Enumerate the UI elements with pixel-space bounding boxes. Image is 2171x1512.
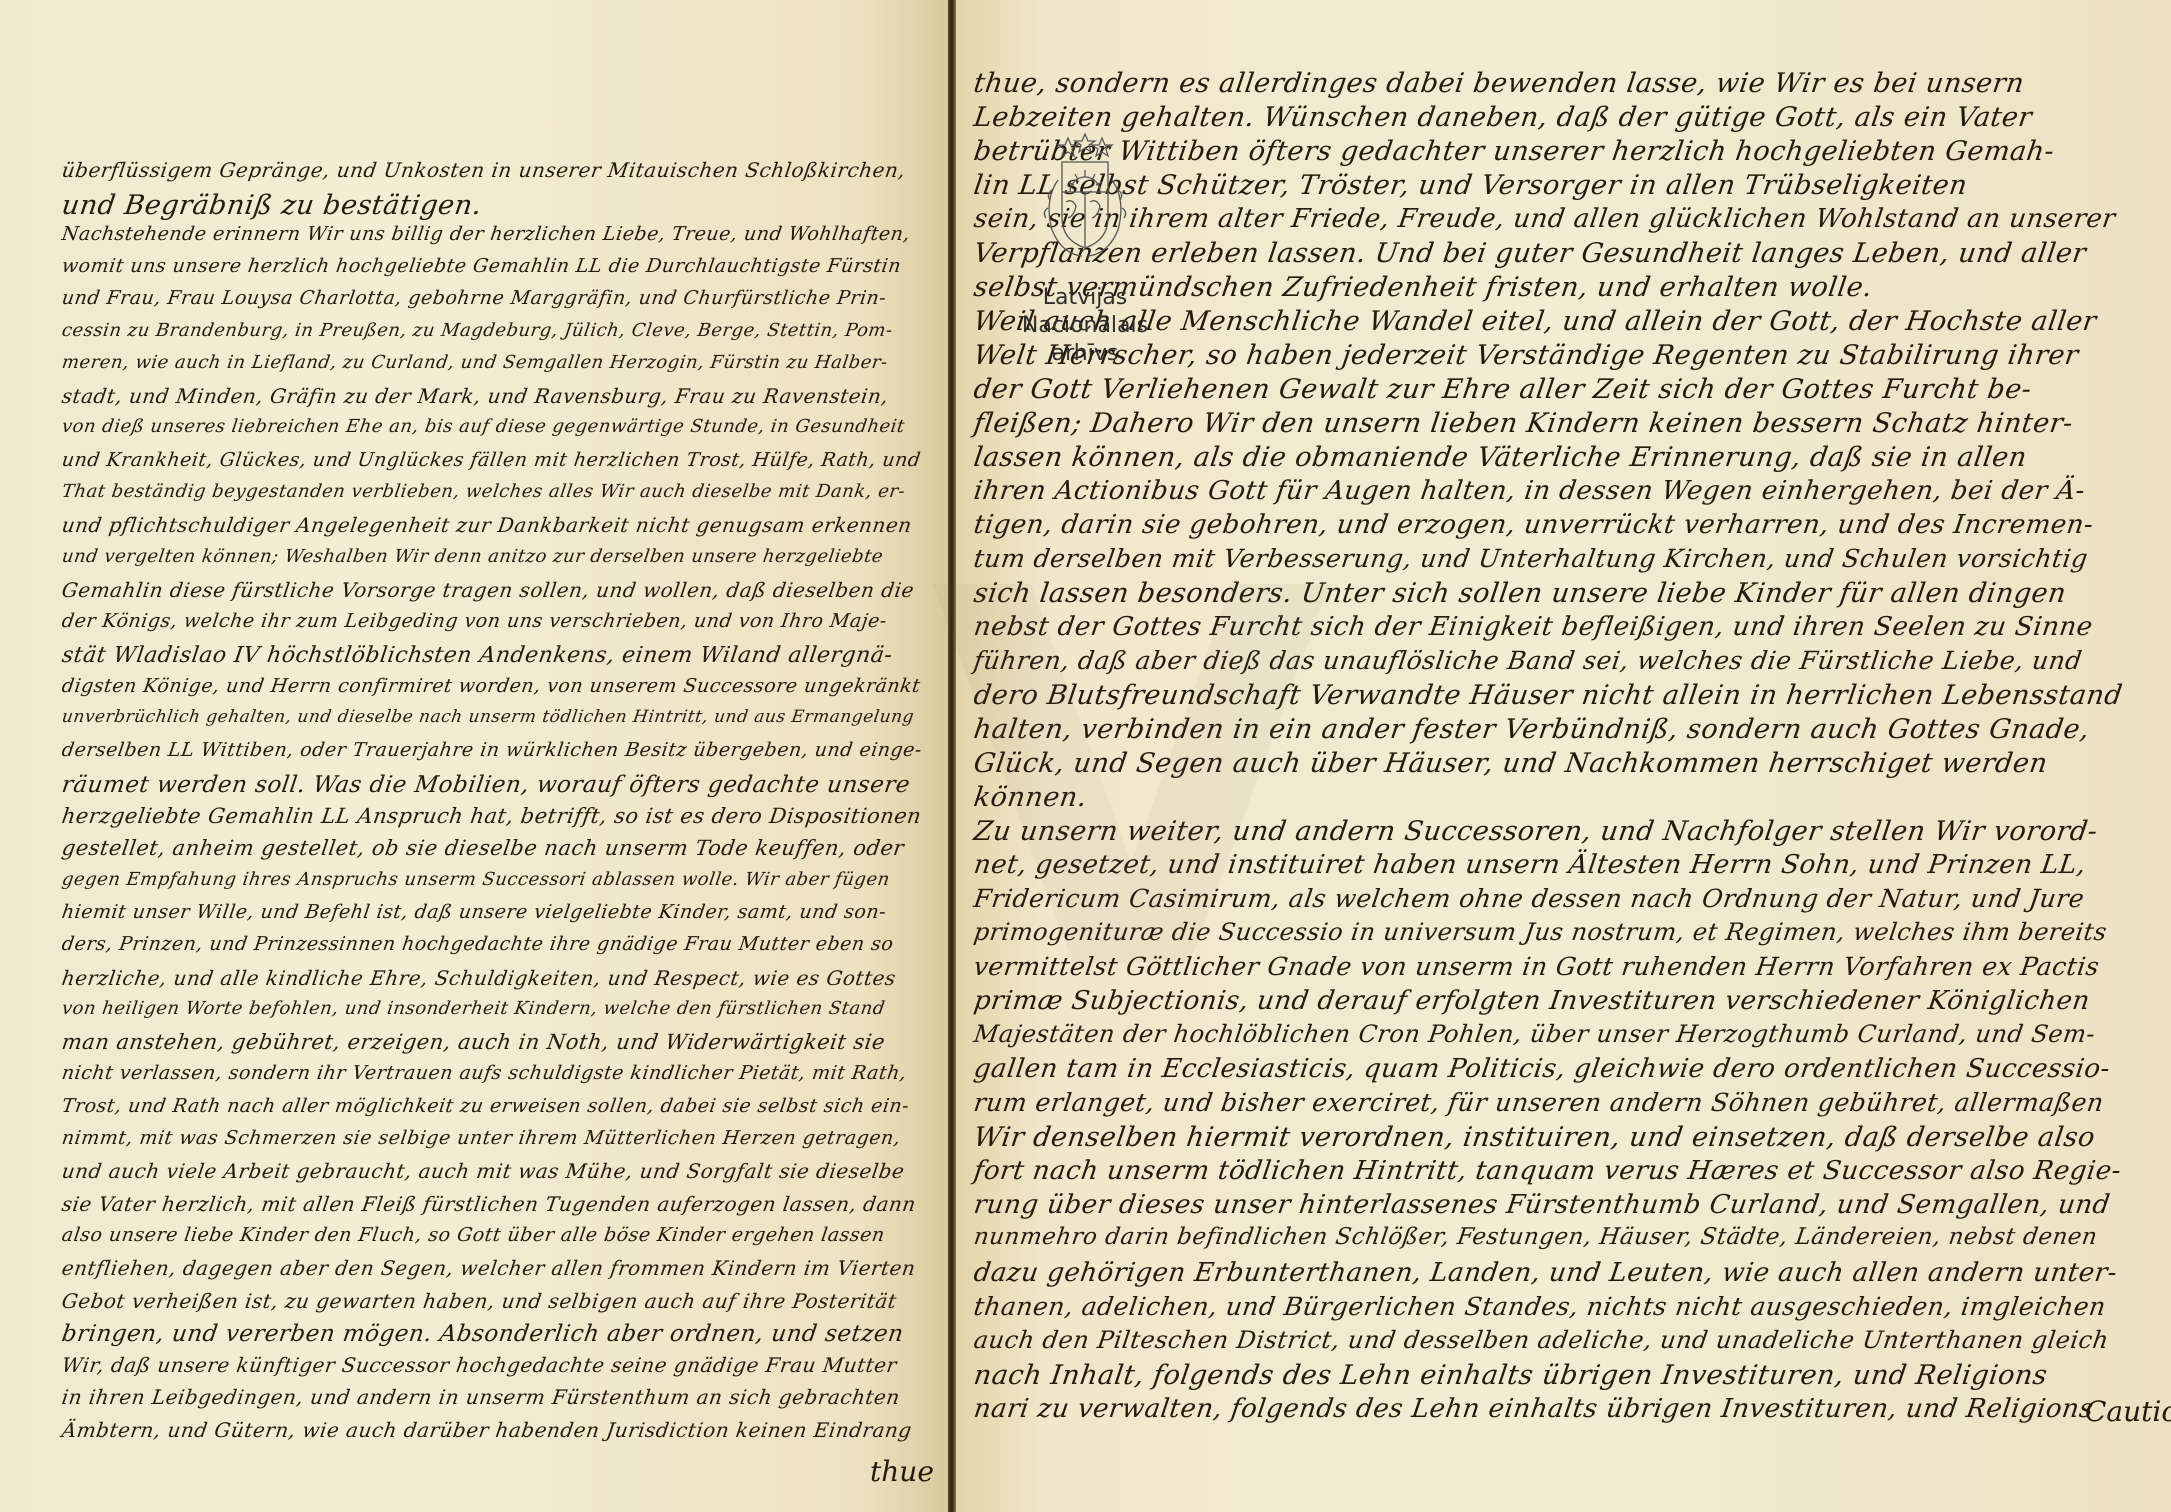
archive-name: Latvijas Nacionālais arhīvs (985, 284, 1185, 368)
manuscript-line: in ihren Leibgedingen, und andern in uns… (60, 1385, 923, 1409)
manuscript-line: von dieß unseres liebreichen Ehe an, bis… (61, 416, 924, 437)
manuscript-line: cessin zu Brandenburg, in Preußen, zu Ma… (61, 320, 924, 341)
manuscript-line: rung über dieses unser hinterlassenes Fü… (972, 1190, 2126, 1220)
manuscript-line: also unsere liebe Kinder den Fluch, so G… (60, 1224, 923, 1246)
manuscript-line: unverbrüchlich gehalten, und dieselbe na… (61, 707, 924, 727)
manuscript-line: gestellet, anheim gestellet, ob sie dies… (60, 836, 923, 860)
left-page: überflüssigem Gepränge, und Unkosten in … (0, 0, 952, 1512)
manuscript-line: nicht verlassen, sondern ihr Vertrauen a… (60, 1062, 923, 1084)
background-watermark: V (930, 480, 1332, 1086)
manuscript-line: und pflichtschuldiger Angelegenheit zur … (60, 513, 923, 537)
right-page-catchword: Caution (2085, 1395, 2171, 1428)
manuscript-line: und Begräbniß zu bestätigen. (60, 190, 924, 221)
manuscript-line: stät Wladislao IV höchstlöblichsten Ande… (60, 643, 924, 668)
manuscript-line: nimmt, mit was Schmerzen sie selbige unt… (60, 1127, 923, 1149)
manuscript-line: Nachstehende erinnern Wir uns billig der… (60, 223, 923, 245)
manuscript-line: Trost, und Rath nach aller möglichkeit z… (60, 1095, 923, 1117)
manuscript-line: Gemahlin diese fürstliche Vorsorge trage… (60, 578, 923, 602)
manuscript-line: Lebzeiten gehalten. Wünschen daneben, da… (972, 102, 2126, 133)
manuscript-line: Ämbtern, und Gütern, wie auch darüber ha… (60, 1418, 923, 1442)
manuscript-line: meren, wie auch in Liefland, zu Curland,… (61, 352, 924, 373)
manuscript-line: nunmehro darin befindlichen Schlößer, Fe… (972, 1224, 2126, 1250)
manuscript-line: stadt, und Minden, Gräfin zu der Mark, u… (60, 384, 923, 408)
manuscript-line: dazu gehörigen Erbunterthanen, Landen, u… (972, 1258, 2126, 1288)
manuscript-line: der Gott Verliehenen Gewalt zur Ehre all… (972, 374, 2126, 405)
manuscript-line: überflüssigem Gepränge, und Unkosten in … (60, 158, 923, 182)
manuscript-line: entfliehen, dagegen aber den Segen, welc… (60, 1256, 923, 1280)
manuscript-line: nach Inhalt, folgends des Lehn einhalts … (972, 1360, 2126, 1391)
manuscript-line: sie Vater herzlich, mit allen Fleiß fürs… (60, 1192, 923, 1216)
archive-name-line1: Latvijas Nacionālais (1022, 285, 1148, 338)
manuscript-line: auch den Pilteschen District, und dessel… (972, 1326, 2126, 1354)
manuscript-line: fort nach unserm tödlichen Hintritt, tan… (972, 1156, 2126, 1186)
manuscript-line: und auch viele Arbeit gebraucht, auch mi… (60, 1159, 923, 1183)
manuscript-line: digsten Könige, und Herrn confirmiret wo… (60, 675, 923, 697)
left-page-catchword: thue (870, 1455, 934, 1488)
latvian-coat-of-arms-icon (1030, 130, 1140, 270)
manuscript-line: fleißen; Dahero Wir den unsern lieben Ki… (972, 408, 2126, 439)
manuscript-line: hiemit unser Wille, und Befehl ist, daß … (60, 901, 923, 923)
archive-name-line2: arhīvs (1052, 341, 1119, 366)
manuscript-line: herzgeliebte Gemahlin LL Anspruch hat, b… (60, 804, 923, 828)
manuscript-line: thue, sondern es allerdinges dabei bewen… (972, 68, 2126, 99)
manuscript-line: und Krankheit, Glückes, und Unglückes fä… (60, 449, 923, 471)
archive-stamp: Latvijas Nacionālais arhīvs (985, 130, 1185, 368)
manuscript-line: und vergelten können; Weshalben Wir denn… (61, 546, 924, 567)
manuscript-line: derselben LL Wittiben, oder Trauerjahre … (60, 739, 923, 761)
manuscript-line: thanen, adelichen, und Bürgerlichen Stan… (972, 1292, 2126, 1321)
manuscript-line: That beständig beygestanden verblieben, … (61, 481, 924, 502)
manuscript-line: Gebot verheißen ist, zu gewarten haben, … (60, 1289, 923, 1313)
manuscript-line: gegen Empfahung ihres Anspruchs unserm S… (61, 869, 924, 890)
manuscript-line: lassen können, als die obmaniende Väterl… (972, 442, 2126, 473)
manuscript-line: Wir denselben hiermit verordnen, institu… (972, 1122, 2126, 1153)
manuscript-line: womit uns unsere herzlich hochgeliebte G… (60, 255, 923, 277)
manuscript-line: bringen, und vererben mögen. Absonderlic… (60, 1321, 924, 1347)
manuscript-line: rum erlanget, und bisher exerciret, für … (972, 1088, 2126, 1117)
manuscript-line: ders, Prinzen, und Prinzessinnen hochged… (60, 933, 923, 955)
manuscript-line: Wir, daß unsere künftiger Successor hoch… (60, 1353, 923, 1377)
manuscript-line: man anstehen, gebühret, erzeigen, auch i… (60, 1030, 923, 1054)
manuscript-line: und Frau, Frau Louysa Charlotta, gebohrn… (60, 287, 923, 309)
manuscript-line: räumet werden soll. Was die Mobilien, wo… (60, 772, 924, 798)
manuscript-line: von heiligen Worte befohlen, und insonde… (61, 998, 924, 1019)
manuscript-line: der Königs, welche ihr zum Leibgeding vo… (60, 610, 923, 632)
manuscript-line: herzliche, und alle kindliche Ehre, Schu… (60, 966, 923, 990)
manuscript-line: nari zu verwalten, folgends des Lehn ein… (972, 1394, 2126, 1424)
